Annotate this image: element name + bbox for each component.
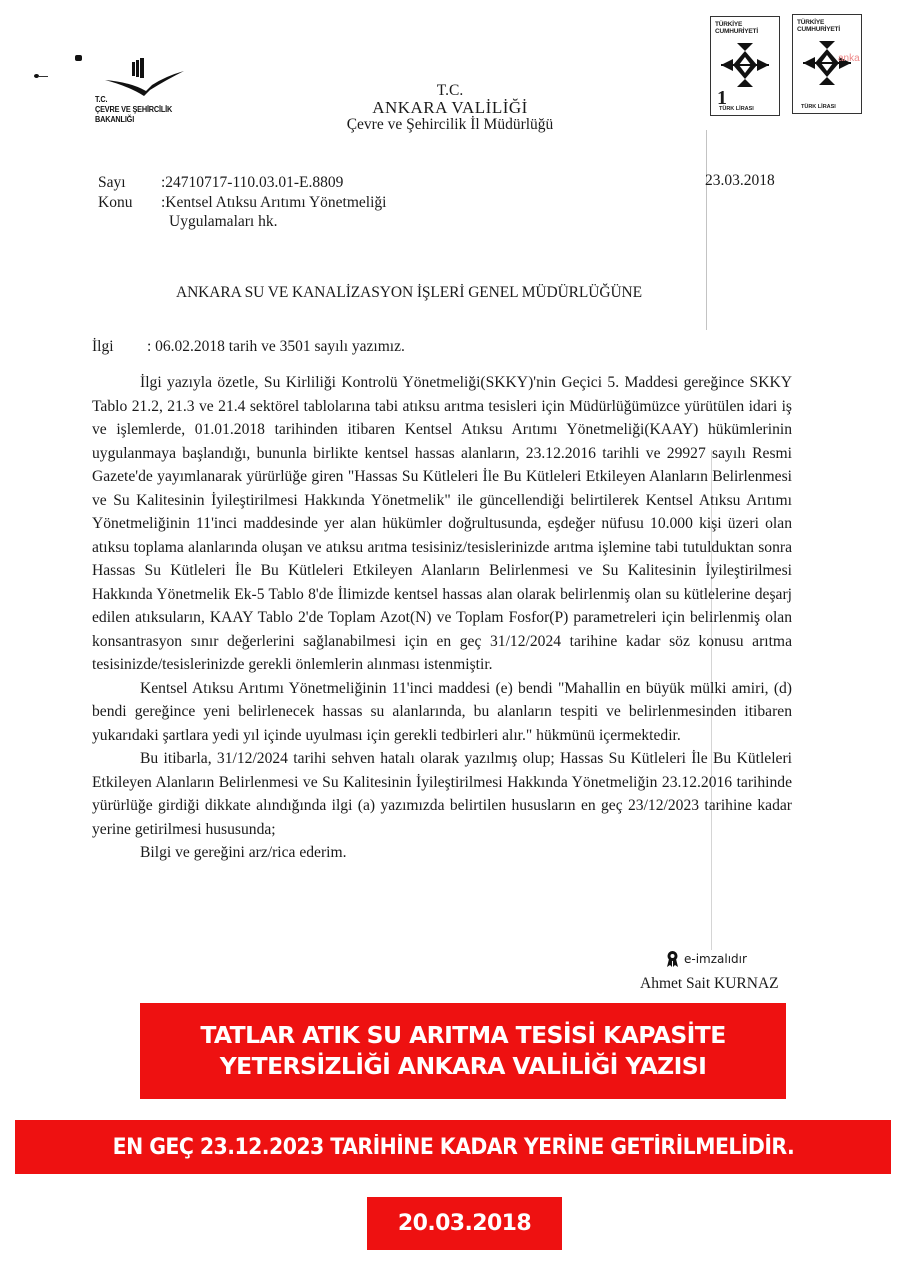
revenue-stamp: TÜRKİYECUMHURİYETİ anka TÜRK LİRASI xyxy=(792,14,862,114)
headline-line: TATLAR ATIK SU ARITMA TESİSİ KAPASİTE xyxy=(200,1020,725,1051)
konu-label: Konu xyxy=(98,193,132,212)
award-ribbon-icon xyxy=(667,951,678,967)
ministry-emblem-icon xyxy=(100,58,185,98)
stamp-title: TÜRKİYE xyxy=(797,19,840,26)
letterhead: T.C. ANKARA VALİLİĞİ Çevre ve Şehircilik… xyxy=(290,82,610,133)
reference-label: İlgi xyxy=(92,338,114,355)
revenue-stamp: TÜRKİYECUMHURİYETİ 1 TÜRK LİRASI xyxy=(710,16,780,116)
addressee: ANKARA SU VE KANALİZASYON İŞLERİ GENEL M… xyxy=(176,284,642,302)
body-paragraph: Kentsel Atıksu Arıtımı Yönetmeliğinin 11… xyxy=(92,677,792,748)
sayi-value: :24710717-110.03.01-E.8809 xyxy=(161,173,343,192)
konu-value-continued: Uygulamaları hk. xyxy=(169,212,277,231)
reference-line: İlgi : 06.02.2018 tarih ve 3501 sayılı y… xyxy=(92,338,114,356)
stamp-title: TÜRKİYE xyxy=(715,21,758,28)
kilim-motif-icon xyxy=(721,43,769,87)
stamp-footer: TÜRK LİRASI xyxy=(801,104,836,110)
letterhead-tc: T.C. xyxy=(290,82,610,99)
scan-margin-line xyxy=(706,130,707,330)
scan-speck xyxy=(75,55,82,61)
headline-banner: TATLAR ATIK SU ARITMA TESİSİ KAPASİTE YE… xyxy=(140,1003,786,1099)
stamp-title: CUMHURİYETİ xyxy=(715,28,758,35)
deadline-banner: EN GEÇ 23.12.2023 TARİHİNE KADAR YERİNE … xyxy=(15,1120,891,1174)
logo-text-line: T.C. xyxy=(95,94,172,104)
e-signature-note: e-imzalıdır xyxy=(667,951,747,967)
deadline-text: EN GEÇ 23.12.2023 TARİHİNE KADAR YERİNE … xyxy=(112,1135,794,1160)
letter-body: İlgi yazıyla özetle, Su Kirliliği Kontro… xyxy=(92,371,792,865)
letterhead-directorate: Çevre ve Şehircilik İl Müdürlüğü xyxy=(290,116,610,133)
document-date: 23.03.2018 xyxy=(705,172,775,190)
logo-text-line: BAKANLIĞI xyxy=(95,114,172,124)
body-paragraph: Bu itibarla, 31/12/2024 tarihi sehven ha… xyxy=(92,747,792,841)
ministry-logo: T.C. ÇEVRE VE ŞEHİRCİLİK BAKANLIĞI xyxy=(95,58,195,138)
body-paragraph: İlgi yazıyla özetle, Su Kirliliği Kontro… xyxy=(92,371,792,677)
konu-value: :Kentsel Atıksu Arıtımı Yönetmeliği xyxy=(161,193,386,212)
banner-date: 20.03.2018 xyxy=(398,1211,531,1236)
e-signature-label: e-imzalıdır xyxy=(684,952,747,966)
stamp-title: CUMHURİYETİ xyxy=(797,26,840,33)
letterhead-governorship: ANKARA VALİLİĞİ xyxy=(290,99,610,116)
sayi-label: Sayı xyxy=(98,173,126,192)
date-banner: 20.03.2018 xyxy=(367,1197,562,1250)
stamp-watermark: anka xyxy=(838,53,860,64)
signer-name: Ahmet Sait KURNAZ xyxy=(640,975,779,993)
scan-speck xyxy=(38,76,48,77)
reference-value: : 06.02.2018 tarih ve 3501 sayılı yazımı… xyxy=(147,338,405,356)
headline-line: YETERSİZLİĞİ ANKARA VALİLİĞİ YAZISI xyxy=(220,1051,706,1082)
document-meta: Sayı :24710717-110.03.01-E.8809 Konu :Ke… xyxy=(98,173,498,233)
stamp-footer: TÜRK LİRASI xyxy=(719,106,754,112)
logo-text-line: ÇEVRE VE ŞEHİRCİLİK xyxy=(95,104,172,114)
closing-line: Bilgi ve gereğini arz/rica ederim. xyxy=(92,841,792,865)
